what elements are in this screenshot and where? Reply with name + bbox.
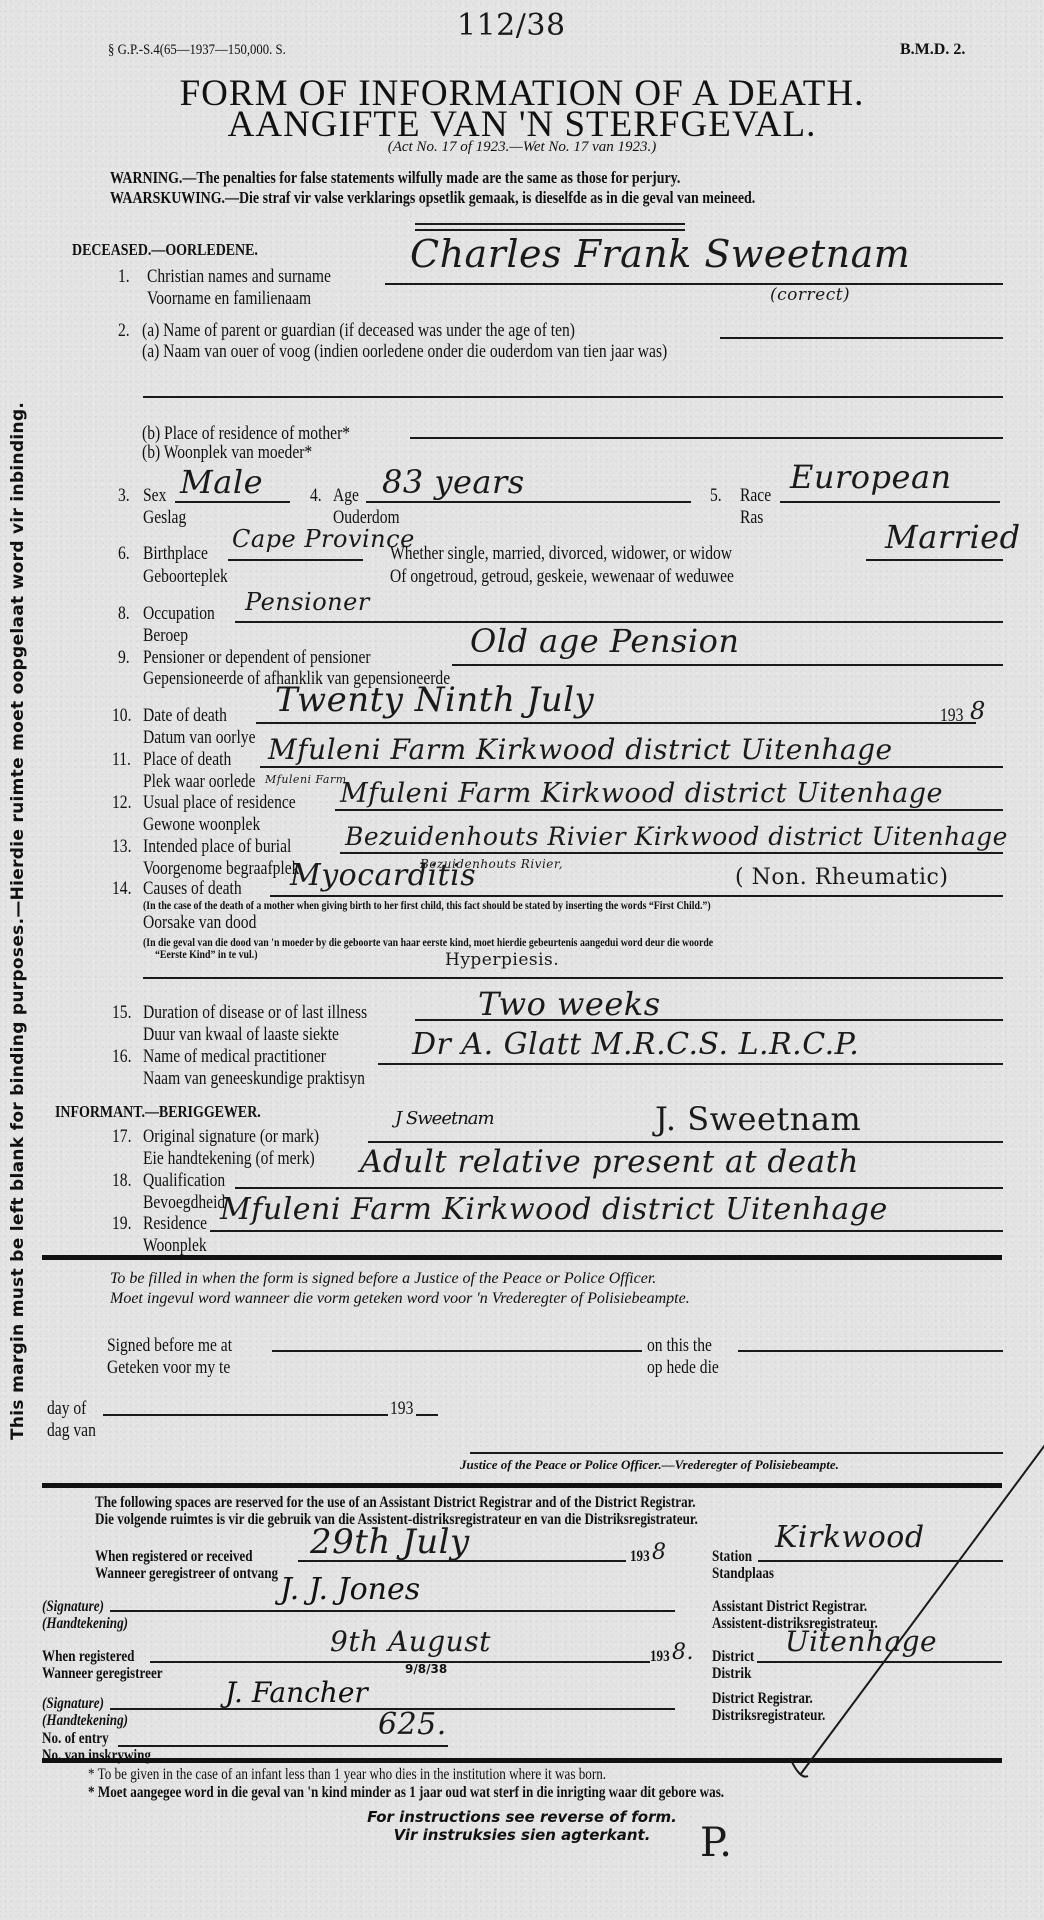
day-of-label-en: day of <box>47 1398 86 1420</box>
field-2b-line <box>410 437 1003 439</box>
diagonal-stroke <box>760 1440 1044 1800</box>
warning-en-text: —The penalties for false statements wilf… <box>182 168 680 187</box>
field-12-label-af: Gewone woonplek <box>143 814 260 836</box>
header-divider-top <box>415 223 685 225</box>
instructions-af: Vir instruksies sien agterkant. <box>0 1826 1044 1844</box>
field-9-line <box>452 664 1003 666</box>
field-16-number: 16. <box>112 1046 131 1068</box>
asst-signature-label-en: (Signature) <box>42 1598 104 1616</box>
field-12-label-en: Usual place of residence <box>143 792 296 814</box>
birthplace-value[interactable]: Cape Province <box>232 525 415 553</box>
field-18-label-en: Qualification <box>143 1170 225 1192</box>
field-14-note-en: (In the case of the death of a mother wh… <box>143 898 711 913</box>
field-7-label-af: Of ongetroud, getroud, geskeie, wewenaar… <box>390 566 734 588</box>
usual-residence-value[interactable]: Mfuleni Farm Kirkwood district Uitenhage <box>340 778 943 809</box>
field-5-label-en: Race <box>740 485 771 507</box>
registered-label-af: Wanneer geregistreer <box>42 1665 163 1683</box>
field-19-label-en: Residence <box>143 1213 207 1235</box>
footnote-af: * Moet aangegee word in die geval van 'n… <box>88 1784 724 1802</box>
pensioner-value[interactable]: Old age Pension <box>470 622 739 660</box>
field-4-line <box>366 501 691 503</box>
field-17-line <box>368 1141 1003 1143</box>
field-13-line <box>340 852 1003 854</box>
field-6-label-af: Geboorteplek <box>143 566 228 588</box>
field-13-number: 13. <box>112 836 131 858</box>
field-18-label-af: Bevoegdheid <box>143 1192 225 1214</box>
informant-name-value[interactable]: J. Sweetnam <box>655 1100 861 1138</box>
field-12-line <box>335 809 1003 811</box>
warning-en: WARNING.—The penalties for false stateme… <box>110 168 680 188</box>
field-9-label-en: Pensioner or dependent of pensioner <box>143 647 371 669</box>
field-1-line <box>385 283 1003 285</box>
asst-signature-label-af: (Handtekening) <box>42 1615 128 1633</box>
informant-signature[interactable]: J Sweetnam <box>395 1108 494 1129</box>
entry-line <box>118 1745 448 1747</box>
registered-stamp: 9/8/38 <box>405 1662 447 1676</box>
print-code: § G.P.-S.4(65—1937—150,000. S. <box>108 42 286 59</box>
qualification-value[interactable]: Adult relative present at death <box>360 1144 859 1180</box>
field-19-number: 19. <box>112 1213 131 1235</box>
field-2a-line <box>720 337 1003 339</box>
field-2a-line-2 <box>143 396 1003 398</box>
occupation-value[interactable]: Pensioner <box>245 588 370 616</box>
race-value[interactable]: European <box>790 458 952 496</box>
warning-af-label: WAARSKUWING. <box>110 188 225 207</box>
burial-place-value[interactable]: Bezuidenhouts Rivier Kirkwood district U… <box>345 822 1008 851</box>
field-14-label-en: Causes of death <box>143 878 242 900</box>
field-3-line <box>175 501 290 503</box>
field-10-line <box>256 722 976 724</box>
on-this-line <box>738 1350 1003 1352</box>
date-of-death-value[interactable]: Twenty Ninth July <box>275 680 594 720</box>
duration-value[interactable]: Two weeks <box>478 985 661 1023</box>
field-10-label-af: Datum van oorlye <box>143 727 255 749</box>
sex-value[interactable]: Male <box>180 463 263 501</box>
cause-of-death-line2-value[interactable]: Hyperpiesis. <box>445 950 559 970</box>
field-19-line <box>210 1230 1003 1232</box>
field-7-label-en: Whether single, married, divorced, widow… <box>390 543 732 565</box>
entry-label-en: No. of entry <box>42 1730 109 1748</box>
field-2a-label-en: (a) Name of parent or guardian (if decea… <box>142 320 575 342</box>
justice-intro-af: Moet ingevul word wanneer die vorm getek… <box>110 1290 690 1308</box>
field-16-label-en: Name of medical practitioner <box>143 1046 326 1068</box>
field-2-number: 2. <box>118 320 130 342</box>
informant-residence-value[interactable]: Mfuleni Farm Kirkwood district Uitenhage <box>220 1192 888 1227</box>
registrar-intro-en: The following spaces are reserved for th… <box>95 1494 696 1512</box>
field-11-line <box>260 766 1003 768</box>
field-8-number: 8. <box>118 603 130 625</box>
deceased-name-annotation: (correct) <box>770 285 850 305</box>
marital-status-value[interactable]: Married <box>885 518 1021 556</box>
field-17-label-af: Eie handtekening (of merk) <box>143 1148 315 1170</box>
field-6-line <box>228 559 363 561</box>
warning-af-text: —Die straf vir valse verklarings opsetli… <box>225 188 755 207</box>
field-11-label-en: Place of death <box>143 749 231 771</box>
warning-en-label: WARNING. <box>110 168 182 187</box>
registered-date-value[interactable]: 9th August <box>330 1625 491 1658</box>
district-registrar-signature[interactable]: J. Fancher <box>225 1676 368 1709</box>
field-6-label-en: Birthplace <box>143 543 208 565</box>
deceased-section-label: DECEASED.—OORLEDENE. <box>72 240 258 260</box>
field-2b-label-af: (b) Woonplek van moeder* <box>142 442 312 464</box>
justice-intro-en: To be filled in when the form is signed … <box>110 1270 656 1288</box>
day-of-label-af: dag van <box>47 1420 96 1442</box>
received-year-suffix[interactable]: 8 <box>652 1540 667 1565</box>
place-of-death-value[interactable]: Mfuleni Farm Kirkwood district Uitenhage <box>268 733 893 766</box>
district-label-af: Distrik <box>712 1665 751 1683</box>
field-1-number: 1. <box>118 266 130 288</box>
field-7-line <box>866 559 1003 561</box>
on-this-label-en: on this the <box>647 1335 712 1357</box>
registered-year-prefix: 193 <box>650 1648 670 1666</box>
field-8-label-en: Occupation <box>143 603 215 625</box>
field-1-label-af: Voorname en familienaam <box>147 288 311 310</box>
practitioner-value[interactable]: Dr A. Glatt M.R.C.S. L.R.C.P. <box>412 1027 859 1062</box>
field-16-label-af: Naam van geneeskundige praktisyn <box>143 1068 365 1090</box>
received-date-value[interactable]: 29th July <box>310 1522 470 1562</box>
instructions-en: For instructions see reverse of form. <box>0 1808 1044 1826</box>
received-year-prefix: 193 <box>630 1548 650 1566</box>
form-code: B.M.D. 2. <box>900 41 965 59</box>
file-reference: 112/38 <box>457 8 566 43</box>
field-15-label-af: Duur van kwaal of laaste siekte <box>143 1024 339 1046</box>
received-label-af: Wanneer geregistreer of ontvang <box>95 1565 278 1583</box>
received-label-en: When registered or received <box>95 1548 253 1566</box>
asst-registrar-signature[interactable]: J. J. Jones <box>280 1572 420 1607</box>
age-value[interactable]: 83 years <box>382 463 525 501</box>
field-11-number: 11. <box>112 749 131 771</box>
on-this-label-af: op hede die <box>647 1357 719 1379</box>
field-18-line <box>235 1187 1003 1189</box>
registered-label-en: When registered <box>42 1648 134 1666</box>
binding-margin-note: This margin must be left blank for bindi… <box>8 402 28 1440</box>
field-14-label-af: Oorsake van dood <box>143 912 256 934</box>
field-4-label-en: Age <box>333 485 359 507</box>
field-14-line-2 <box>143 977 1003 979</box>
cause-of-death-qualifier[interactable]: ( Non. Rheumatic) <box>735 865 948 890</box>
field-3-label-af: Geslag <box>143 507 186 529</box>
deceased-name-value[interactable]: Charles Frank Sweetnam <box>410 232 910 276</box>
cause-of-death-value[interactable]: Myocarditis <box>290 858 476 893</box>
registered-line <box>150 1661 650 1663</box>
field-6-number: 6. <box>118 543 130 565</box>
date-of-death-year-prefix: 193 <box>940 705 963 727</box>
asst-signature-line <box>110 1610 675 1612</box>
field-10-number: 10. <box>112 705 131 727</box>
field-14-note-af-2: “Eerste Kind” in te vul.) <box>155 947 258 962</box>
field-2a-label-af: (a) Naam van ouer of voog (indien oorled… <box>142 341 667 363</box>
day-of-line <box>103 1414 388 1416</box>
registered-year-suffix[interactable]: 8. <box>672 1640 694 1665</box>
field-17-number: 17. <box>112 1126 131 1148</box>
footer-initials: P. <box>700 1820 733 1866</box>
field-15-label-en: Duration of disease or of last illness <box>143 1002 367 1024</box>
signed-at-line <box>272 1350 642 1352</box>
entry-number-value[interactable]: 625. <box>378 1707 447 1742</box>
field-1-label-en: Christian names and surname <box>147 266 331 288</box>
header-divider-bottom <box>415 229 685 231</box>
field-9-number: 9. <box>118 647 130 669</box>
field-13-label-af: Voorgenome begraafplek <box>143 858 299 880</box>
field-11-label-af: Plek waar oorlede <box>143 771 255 793</box>
signed-at-label-af: Geteken voor my te <box>107 1357 230 1379</box>
field-18-number: 18. <box>112 1170 131 1192</box>
field-3-number: 3. <box>118 485 130 507</box>
field-17-label-en: Original signature (or mark) <box>143 1126 319 1148</box>
day-of-year-prefix: 193 <box>390 1398 413 1420</box>
field-8-label-af: Beroep <box>143 625 188 647</box>
field-14-number: 14. <box>112 878 131 900</box>
informant-section-label: INFORMANT.—BERIGGEWER. <box>55 1102 261 1122</box>
field-13-label-en: Intended place of burial <box>143 836 291 858</box>
station-label-en: Station <box>712 1548 752 1566</box>
day-of-year-line <box>416 1414 438 1416</box>
field-12-number: 12. <box>112 792 131 814</box>
dr-signature-label-en: (Signature) <box>42 1695 104 1713</box>
field-14-line <box>270 895 1003 897</box>
field-3-label-en: Sex <box>143 485 166 507</box>
field-16-line <box>378 1063 1003 1065</box>
date-of-death-year-suffix[interactable]: 8 <box>970 697 986 725</box>
place-of-death-annotation: Mfuleni Farm <box>265 773 347 786</box>
field-10-label-en: Date of death <box>143 705 227 727</box>
signed-at-label-en: Signed before me at <box>107 1335 232 1357</box>
field-15-number: 15. <box>112 1002 131 1024</box>
district-label-en: District <box>712 1648 754 1666</box>
footnote-en: * To be given in the case of an infant l… <box>88 1766 606 1784</box>
warning-af: WAARSKUWING.—Die straf vir valse verklar… <box>110 188 755 208</box>
act-reference: (Act No. 17 of 1923.—Wet No. 17 van 1923… <box>0 139 1044 156</box>
field-5-line <box>780 501 1000 503</box>
section-divider-1 <box>42 1255 1002 1260</box>
field-5-label-af: Ras <box>740 507 763 529</box>
field-5-number: 5. <box>710 485 722 507</box>
field-4-number: 4. <box>310 485 322 507</box>
field-19-label-af: Woonplek <box>143 1235 207 1257</box>
dr-signature-label-af: (Handtekening) <box>42 1712 128 1730</box>
